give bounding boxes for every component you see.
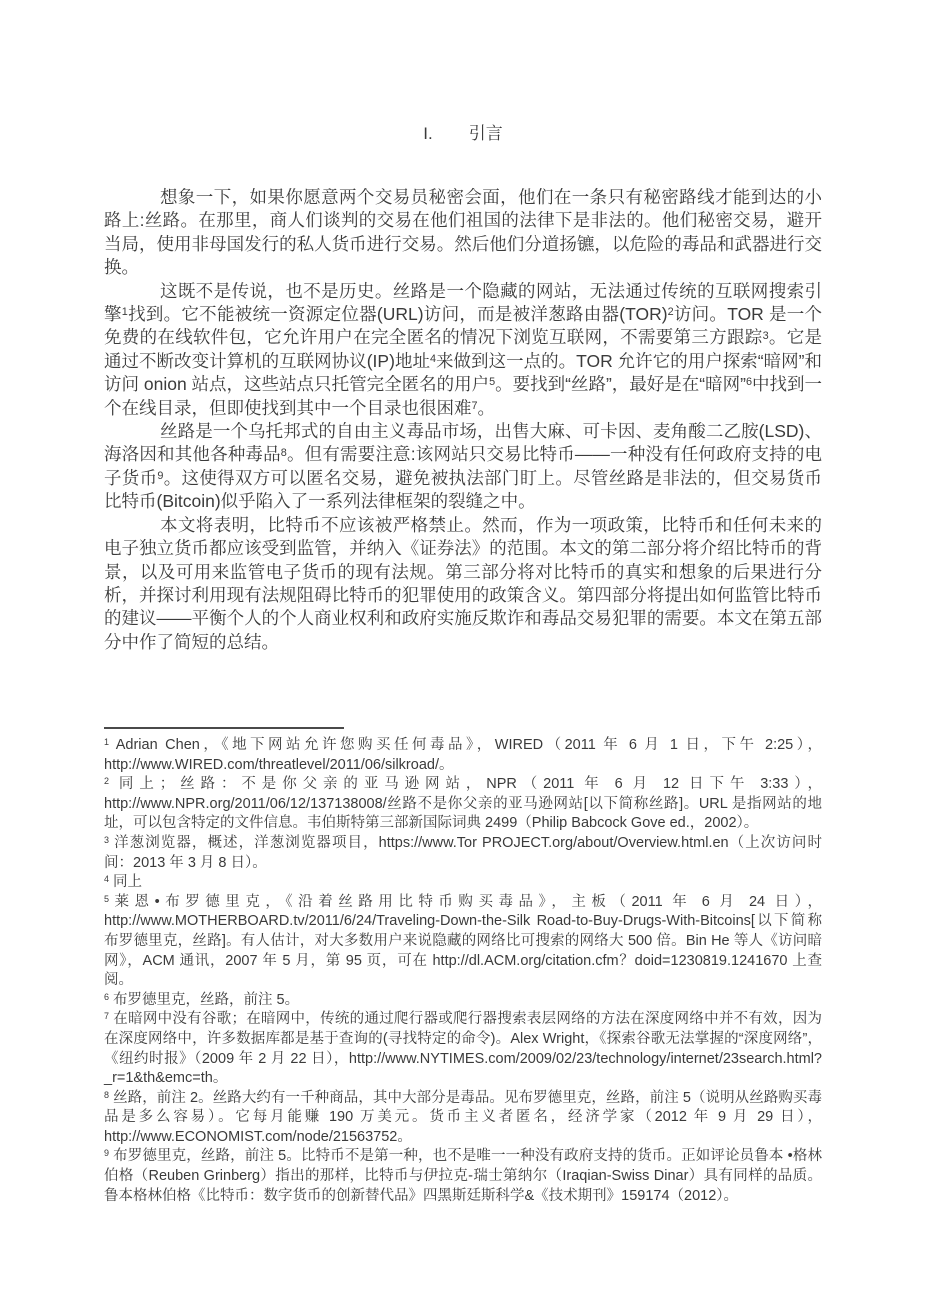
footnote-ref: 3 [763,330,769,342]
body-text: 想象一下，如果你愿意两个交易员秘密会面，他们在一条只有秘密路线才能到达的小路上:… [104,186,822,654]
footnote-item: 8 丝路，前注 2。丝路大约有一千种商品，其中大部分是毒品。见布罗德里克，丝路，… [104,1089,822,1148]
footnote-number: 6 [104,992,109,1002]
section-title-text: 引言 [469,124,503,143]
footnote-item: 1 Adrian Chen，《地下网站允许您购买任何毒品》，WIRED（2011… [104,736,822,775]
body-paragraph: 丝路是一个乌托邦式的自由主义毒品市场，出售大麻、可卡因、麦角酸二乙胺(LSD)、… [104,420,822,514]
footnote-ref: 1 [122,306,128,318]
footnote-text: Adrian Chen，《地下网站允许您购买任何毒品》，WIRED（2011 年… [104,737,822,773]
footnote-text: 莱恩•布罗德里克，《沿着丝路用比特币购买毒品》，主板（2011 年 6 月 24… [104,894,822,988]
body-paragraph: 这既不是传说，也不是历史。丝路是一个隐藏的网站，无法通过传统的互联网搜索引擎1找… [104,280,822,420]
footnote-item: 4 同上 [104,873,822,893]
footnote-item: 5莱恩•布罗德里克，《沿着丝路用比特币购买毒品》，主板（2011 年 6 月 2… [104,893,822,991]
footnote-number: 2 [104,776,109,786]
footnote-number: 7 [104,1011,109,1021]
footnote-item: 9 布罗德里克，丝路，前注 5。比特币不是第一种，也不是唯一一种没有政府支持的货… [104,1147,822,1206]
section-title: I.引言 [0,119,926,144]
footnotes-section: 1 Adrian Chen，《地下网站允许您购买任何毒品》，WIRED（2011… [104,736,822,1206]
footnote-item: 2 同上；丝路：不是你父亲的亚马逊网站，NPR（2011 年 6 月 12 日下… [104,775,822,834]
footnote-ref: 8 [281,447,287,459]
footnote-separator [104,727,344,729]
footnote-item: 3 洋葱浏览器，概述，洋葱浏览器项目，https://www.Tor PROJE… [104,834,822,873]
footnote-text: 同上；丝路：不是你父亲的亚马逊网站，NPR（2011 年 6 月 12 日下午 … [104,776,822,831]
footnote-item: 6 布罗德里克，丝路，前注 5。 [104,991,822,1011]
footnote-ref: 7 [472,400,478,412]
footnote-text: 在暗网中没有谷歌；在暗网中，传统的通过爬行器或爬行器搜索表层网络的方法在深度网络… [104,1011,822,1086]
footnote-text: 布罗德里克，丝路，前注 5。比特币不是第一种，也不是唯一一种没有政府支持的货币。… [104,1148,822,1203]
footnote-number: 3 [104,835,109,845]
footnote-ref: 4 [430,353,436,365]
footnote-number: 9 [104,1148,109,1158]
footnote-text: 洋葱浏览器，概述，洋葱浏览器项目，https://www.Tor PROJECT… [104,835,822,871]
body-paragraph: 本文将表明，比特币不应该被严格禁止。然而，作为一项政策，比特币和任何未来的电子独… [104,514,822,654]
footnote-number: 1 [104,737,109,747]
footnote-text: 同上 [109,874,142,890]
body-paragraph: 想象一下，如果你愿意两个交易员秘密会面，他们在一条只有秘密路线才能到达的小路上:… [104,186,822,280]
footnote-ref: 5 [489,376,495,388]
document-page: I.引言 想象一下，如果你愿意两个交易员秘密会面，他们在一条只有秘密路线才能到达… [0,0,926,1309]
footnote-ref: 9 [157,470,163,482]
footnote-number: 4 [104,874,109,884]
footnote-ref: 2 [668,306,674,318]
footnote-text: 丝路，前注 2。丝路大约有一千种商品，其中大部分是毒品。见布罗德里克，丝路，前注… [104,1090,822,1145]
section-numeral: I. [423,124,432,144]
footnote-number: 8 [104,1090,109,1100]
footnote-ref: 6 [746,376,752,388]
footnote-number: 5 [104,894,109,904]
footnote-item: 7 在暗网中没有谷歌；在暗网中，传统的通过爬行器或爬行器搜索表层网络的方法在深度… [104,1010,822,1088]
footnote-text: 布罗德里克，丝路，前注 5。 [109,992,299,1008]
